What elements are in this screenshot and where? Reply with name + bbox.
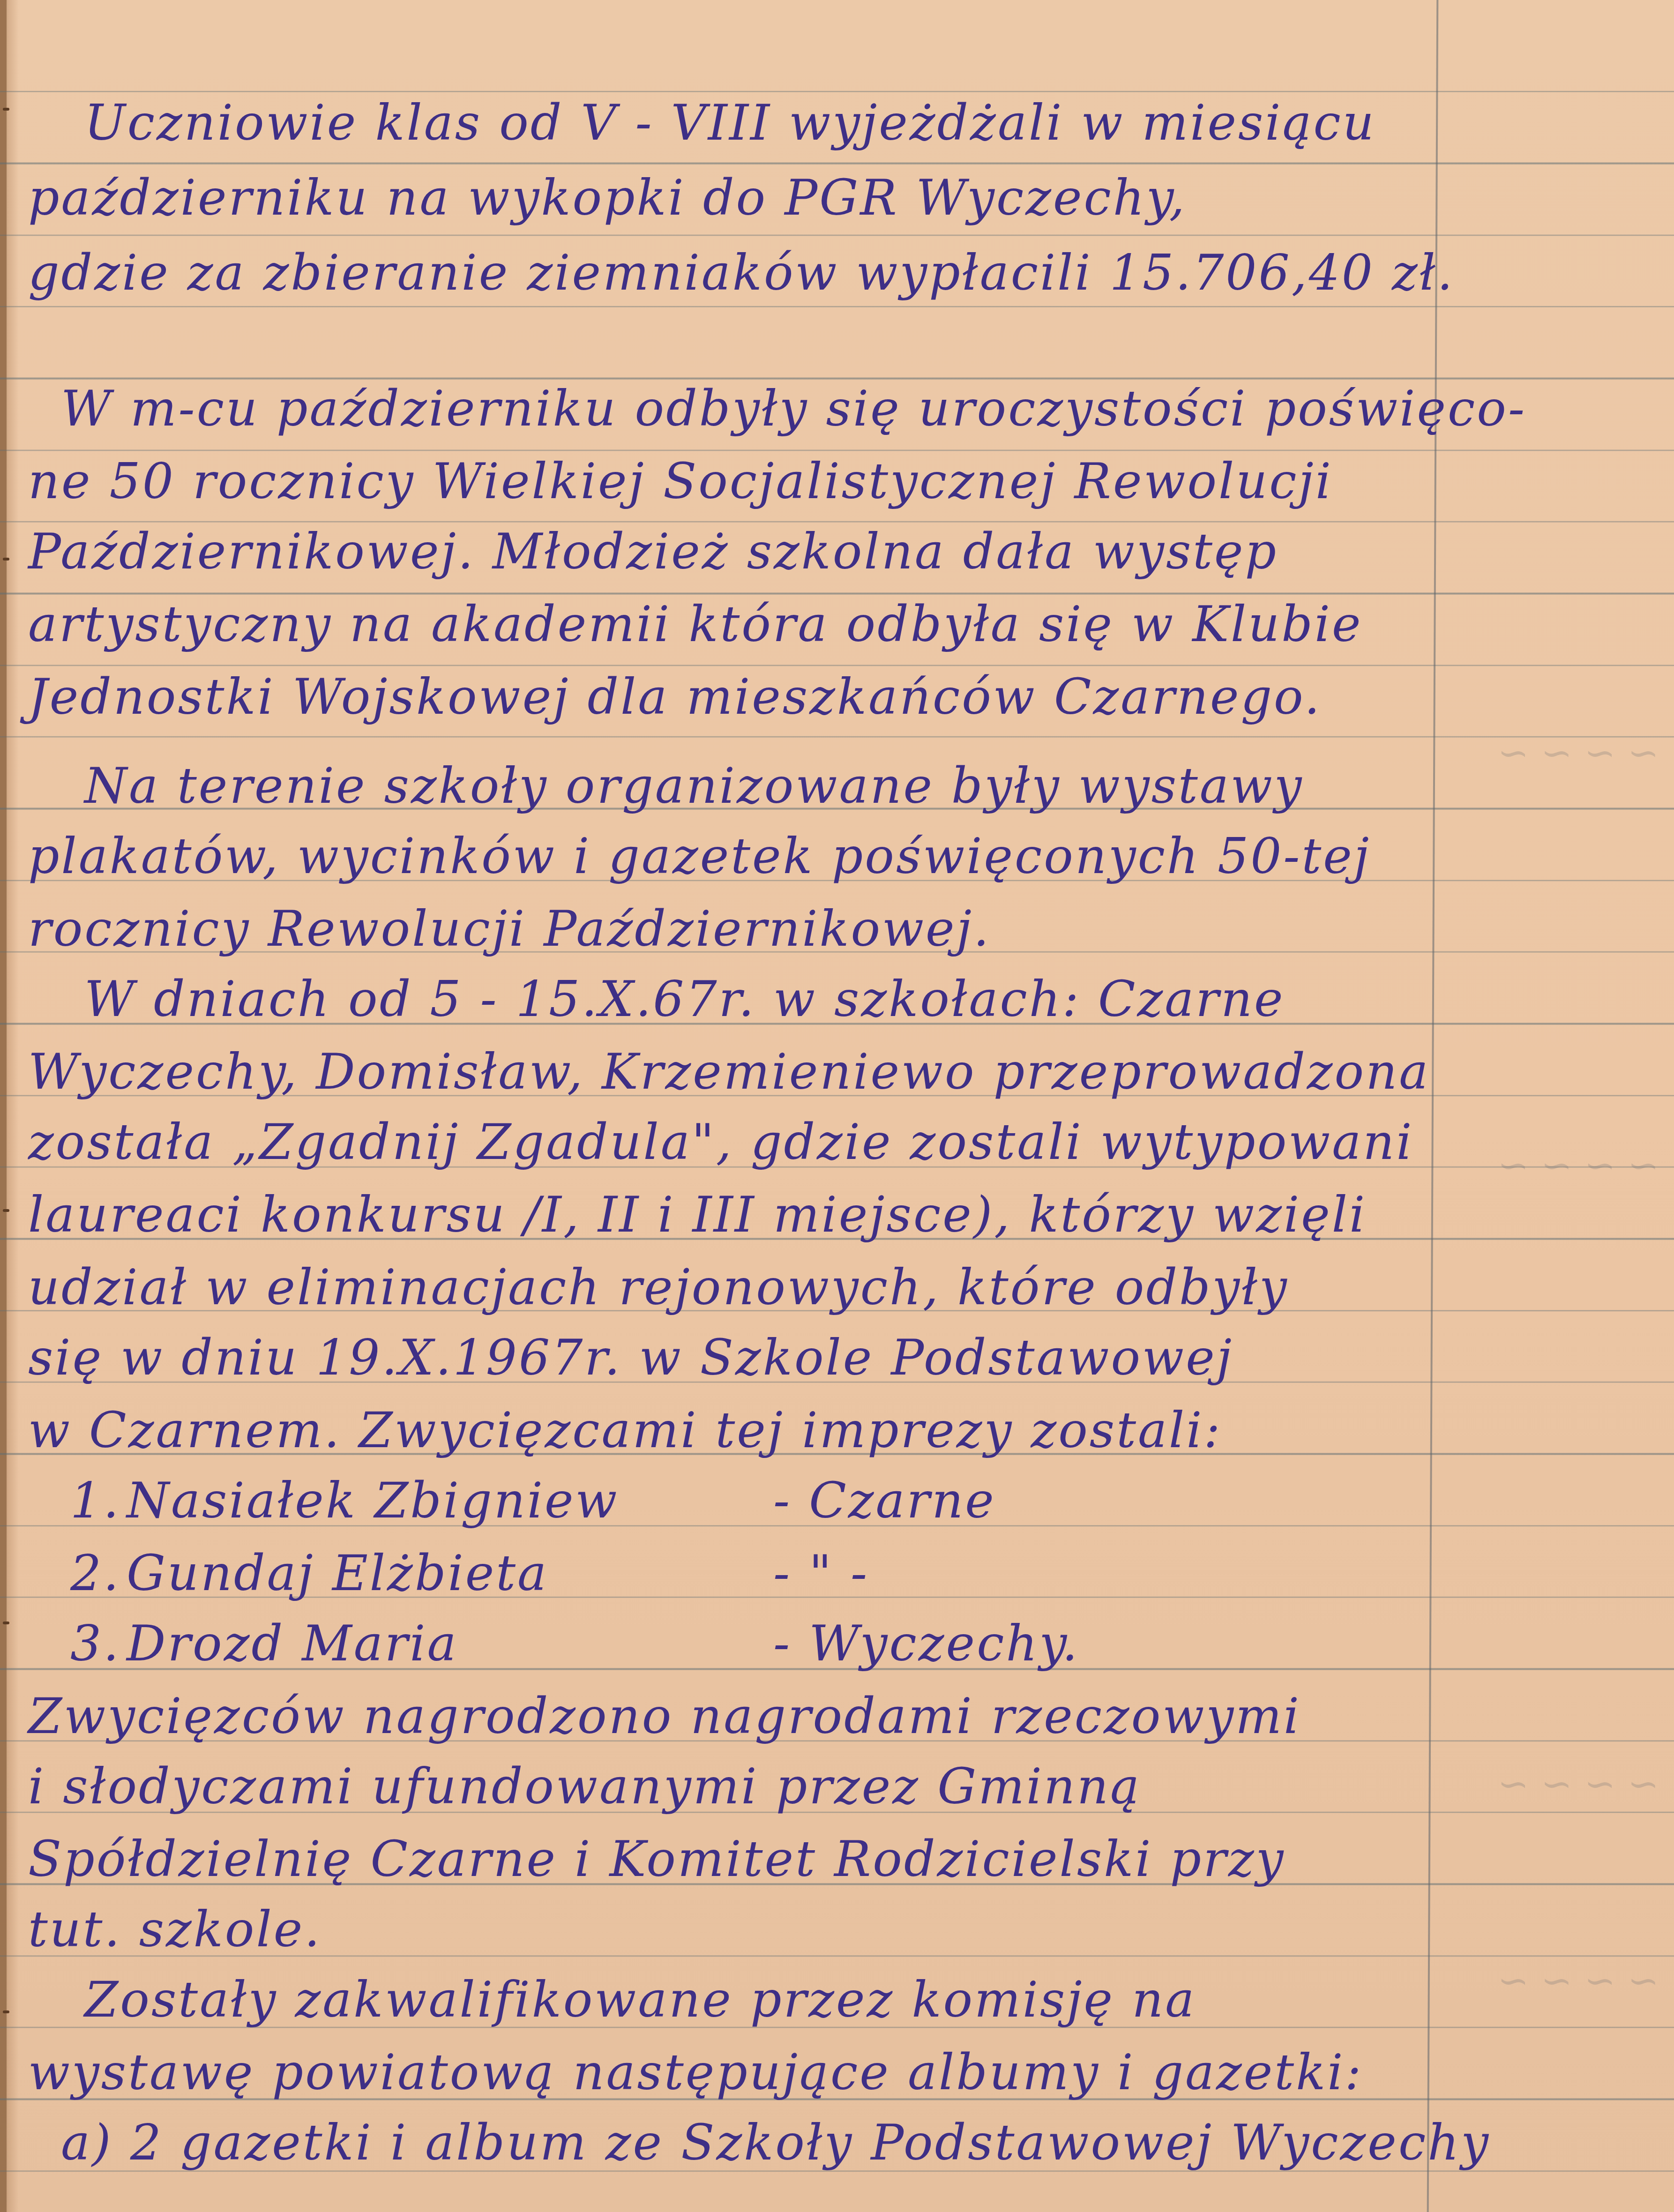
winner-place: - Czarne (773, 1476, 996, 1525)
winner-name: Drozd Maria (127, 1619, 773, 1668)
harvest-line-2: październiku na wykopki do PGR Wyczechy, (28, 173, 1187, 222)
winner-place: - " - (773, 1549, 869, 1598)
revolution-line-3: Październikowej. Młodzież szkolna dała w… (28, 527, 1278, 576)
binding-stitch (3, 1622, 9, 1624)
bleed-through-marks: ~ ~ ~ ~ (1443, 1959, 1659, 2003)
binding-stitch (3, 2010, 9, 2013)
qualified-line-2: wystawę powiatową następujące albumy i g… (28, 2048, 1363, 2097)
revolution-line-5: Jednostki Wojskowej dla mieszkańców Czar… (28, 673, 1322, 721)
bleed-through-marks: ~ ~ ~ ~ (1443, 1143, 1659, 1187)
revolution-line-2: ne 50 rocznicy Wielkiej Socjalistycznej … (28, 457, 1333, 506)
winner-name: Nasiałek Zbigniew (127, 1476, 773, 1525)
quiz-line-1: W dniach od 5 - 15.X.67r. w szkołach: Cz… (84, 975, 1285, 1024)
revolution-line-1: W m-cu październiku odbyły się uroczysto… (61, 384, 1526, 433)
quiz-line-3: została „Zgadnij Zgadula", gdzie zostali… (28, 1118, 1414, 1166)
prizes-line-4: tut. szkole. (28, 1905, 321, 1954)
bleed-through-marks: ~ ~ ~ ~ (1443, 731, 1659, 775)
winner-number: 3. (70, 1619, 127, 1668)
prizes-line-2: i słodyczami ufundowanymi przez Gminną (28, 1762, 1141, 1811)
page-binding (0, 0, 7, 2212)
exhibitions-line-3: rocznicy Rewolucji Październikowej. (28, 904, 991, 953)
notebook-page: ~ ~ ~ ~ ~ ~ ~ ~ ~ ~ ~ ~ ~ ~ ~ ~ Uczniowi… (0, 0, 1674, 2212)
winner-number: 1. (70, 1476, 127, 1525)
prizes-line-3: Spółdzielnię Czarne i Komitet Rodziciels… (28, 1835, 1285, 1883)
exhibitions-line-1: Na terenie szkoły organizowane były wyst… (84, 762, 1304, 810)
right-margin-line (1427, 0, 1439, 2212)
winner-place: - Wyczechy. (773, 1619, 1079, 1668)
quiz-line-6: się w dniu 19.X.1967r. w Szkole Podstawo… (28, 1333, 1233, 1382)
winner-row: 2.Gundaj Elżbieta- " - (70, 1549, 869, 1598)
harvest-line-1: Uczniowie klas od V - VIII wyjeżdżali w … (84, 98, 1376, 147)
exhibitions-line-2: plakatów, wycinków i gazetek poświęconyc… (28, 832, 1371, 881)
winner-row: 1.Nasiałek Zbigniew- Czarne (70, 1476, 996, 1525)
binding-stitch (3, 558, 9, 560)
quiz-line-2: Wyczechy, Domisław, Krzemieniewo przepro… (28, 1047, 1430, 1096)
binding-stitch (3, 1209, 9, 1212)
harvest-line-3: gdzie za zbieranie ziemniaków wypłacili … (28, 248, 1455, 297)
winner-number: 2. (70, 1549, 127, 1598)
winner-row: 3.Drozd Maria- Wyczechy. (70, 1619, 1079, 1668)
quiz-line-4: laureaci konkursu /I, II i III miejsce),… (28, 1190, 1367, 1239)
qualified-line-1: Zostały zakwalifikowane przez komisję na (84, 1975, 1196, 2024)
qualified-line-3: a) 2 gazetki i album ze Szkoły Podstawow… (61, 2118, 1490, 2167)
quiz-line-5: udział w eliminacjach rejonowych, które … (28, 1263, 1289, 1312)
binding-stitch (3, 108, 9, 111)
prizes-line-1: Zwycięzców nagrodzono nagrodami rzeczowy… (28, 1692, 1301, 1741)
quiz-line-7: w Czarnem. Zwycięzcami tej imprezy zosta… (28, 1406, 1222, 1455)
bleed-through-marks: ~ ~ ~ ~ (1443, 1762, 1659, 1806)
revolution-line-4: artystyczny na akademii która odbyła się… (28, 600, 1363, 649)
winner-name: Gundaj Elżbieta (127, 1549, 773, 1598)
